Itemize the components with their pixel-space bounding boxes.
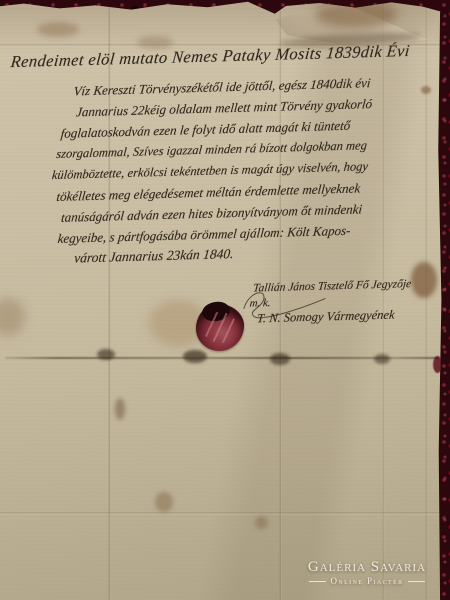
watermark-subtitle: Online Piactér bbox=[330, 576, 403, 587]
photo-of-document: Rendeimet elöl mutato Nemes Pataky Mosit… bbox=[0, 0, 450, 600]
document-line-8: tanúságáról adván ezen hites bizonyítván… bbox=[60, 201, 363, 225]
stain bbox=[155, 492, 173, 512]
document-line-4: foglalatoskodván ezen le folyt idő alatt… bbox=[60, 118, 351, 142]
document-line-7: tökélletes meg elégedésemet méltán érdem… bbox=[56, 180, 361, 205]
document-line-5: szorgalommal, Szíves igazzal minden rá b… bbox=[56, 138, 368, 162]
watermark: Galéria Savaria Online Piactér bbox=[291, 559, 443, 587]
watermark-rule-right bbox=[408, 581, 425, 582]
stain bbox=[115, 398, 125, 420]
signature-flourish bbox=[239, 284, 330, 320]
watermark-title: Galéria Savaria bbox=[291, 559, 443, 576]
document-line-2: Víz Kereszti Törvényszékétől ide jöttől,… bbox=[73, 75, 371, 99]
ink-smudge bbox=[374, 354, 390, 364]
document-paper: Rendeimet elöl mutato Nemes Pataky Mosit… bbox=[0, 0, 445, 600]
document-line-10: várott Jannarius 23kán 1840. bbox=[74, 246, 235, 266]
document-line-1: Rendeimet elöl mutato Nemes Pataky Mosit… bbox=[10, 41, 411, 72]
horizontal-crease bbox=[0, 512, 445, 515]
document-line-6: külömböztette, erkölcsi tekéntetben is m… bbox=[51, 159, 369, 183]
stain bbox=[255, 516, 268, 529]
watermark-subtitle-row: Online Piactér bbox=[291, 576, 443, 587]
document-line-3: Jannarius 22kéig oldalam mellett mint Tö… bbox=[75, 96, 372, 120]
watermark-rule-left bbox=[309, 581, 326, 582]
ink-smudge bbox=[270, 353, 290, 365]
document-line-9: kegyeibe, s pártfogásába örömmel ajállom… bbox=[57, 223, 351, 247]
